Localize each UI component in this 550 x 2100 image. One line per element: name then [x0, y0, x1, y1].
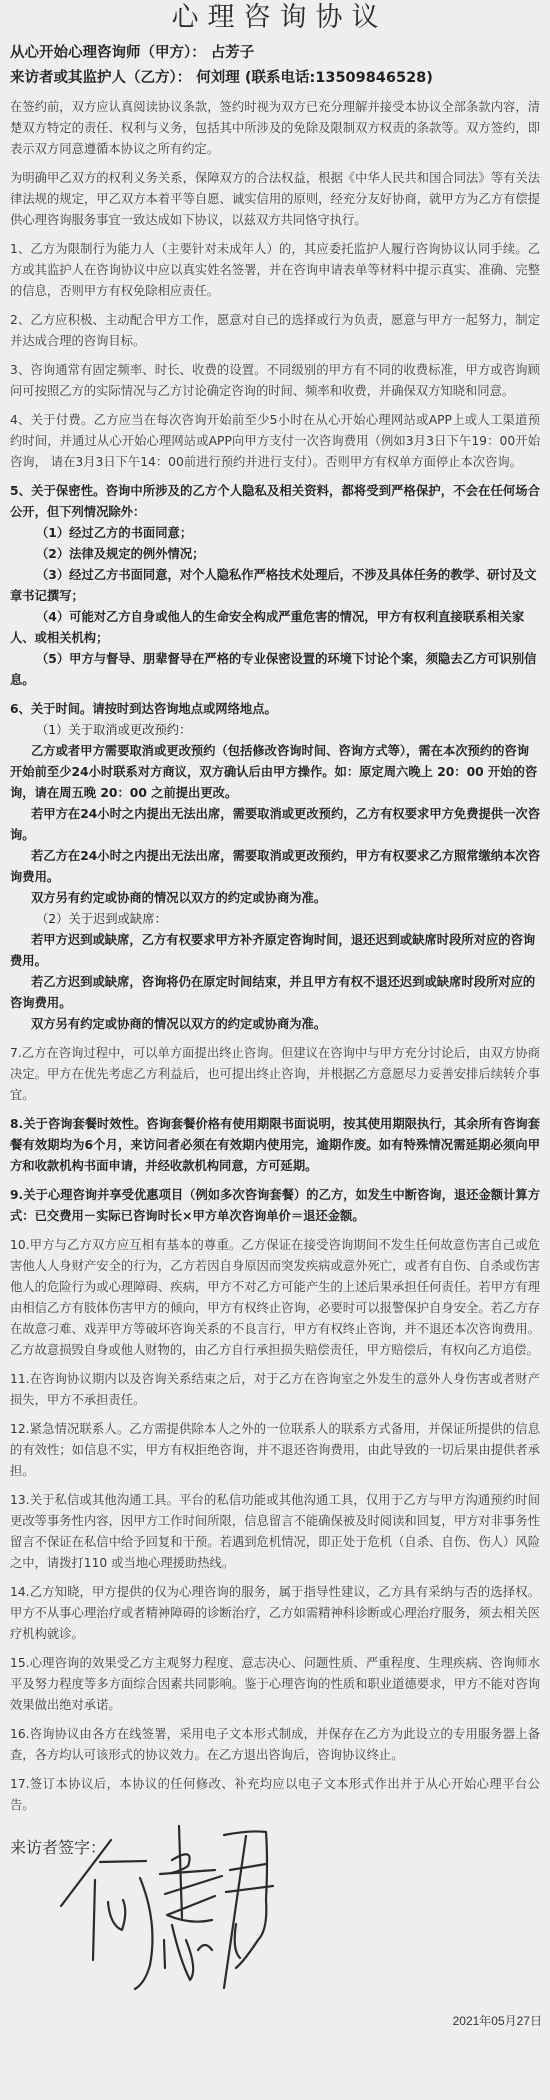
- clause-6-sub1-title: （1）关于取消或更改预约：: [10, 720, 540, 741]
- preamble-paragraph: 为明确甲乙双方的权利义务关系，保障双方的合法权益，根据《中华人民共和国合同法》等…: [10, 168, 540, 231]
- clause-6-sub1-para: 若甲方在24小时之内提出无法出席，需要取消或更改预约，乙方有权要求甲方免费提供一…: [10, 804, 540, 846]
- document-title: 心理咨询协议: [0, 0, 550, 39]
- party-b-line: 来访者或其监护人（乙方）： 何刘理 (联系电话:13509846528): [10, 66, 540, 91]
- signature-date: 2021年05月27日: [453, 2012, 542, 2029]
- clause-5-item: （1）经过乙方的书面同意；: [10, 523, 540, 544]
- preamble-paragraph: 在签约前，双方应认真阅读协议条款，签约时视为双方已充分理解并接受本协议全部条款内…: [10, 97, 540, 160]
- clause-5-intro: 5、关于保密性。咨询中所涉及的乙方个人隐私及相关资料，都将受到严格保护，不会在任…: [10, 481, 540, 523]
- clause-3: 3、咨询通常有固定频率、时长、收费的设置。不同级别的甲方有不同的收费标准，甲方或…: [10, 360, 540, 402]
- clause-6-sub1-para: 若乙方在24小时之内提出无法出席，需要取消或更改预约，甲方有权要求乙方照常缴纳本…: [10, 846, 540, 888]
- clause-1: 1、乙方为限制行为能力人（主要针对未成年人）的，其应委托监护人履行咨询协议认同手…: [10, 239, 540, 302]
- clause-6-sub2-para: 若甲方迟到或缺席，乙方有权要求甲方补齐原定咨询时间，退还迟到或缺席时段所对应的咨…: [10, 930, 540, 972]
- clause-6-sub2-para: 若乙方迟到或缺席，咨询将仍在原定时间结束，并且甲方有权不退还迟到或缺席时段所对应…: [10, 972, 540, 1014]
- clause-6: 6、关于时间。请按时到达咨询地点或网络地点。 （1）关于取消或更改预约： 乙方或…: [10, 699, 540, 1043]
- agreement-document: 心理咨询协议 从心开始心理咨询师（甲方）： 占芳子 来访者或其监护人（乙方）： …: [0, 0, 550, 1860]
- clause-8: 8.关于咨询套餐时效性。咨询套餐价格有使用期限书面说明，按其使用期限执行，其余所…: [10, 1114, 540, 1177]
- clause-6-sub1-para: 乙方或者甲方需要取消或更改预约（包括修改咨询时间、咨询方式等），需在本次预约的咨…: [10, 741, 540, 804]
- clause-9: 9.关于心理咨询并享受优惠项目（例如多次咨询套餐）的乙方，如发生中断咨询，退还金…: [10, 1185, 540, 1227]
- clause-13: 13.关于私信或其他沟通工具。平台的私信功能或其他沟通工具，仅用于乙方与甲方沟通…: [10, 1490, 540, 1574]
- clause-11: 11.在咨询协议期内以及咨询关系结束之后，对于乙方在咨询室之外发生的意外人身伤害…: [10, 1369, 540, 1411]
- clause-5-item: （5）甲方与督导、朋辈督导在严格的专业保密设置的环境下讨论个案，须隐去乙方可识别…: [10, 649, 540, 691]
- party-a-line: 从心开始心理咨询师（甲方）： 占芳子: [10, 41, 540, 66]
- clause-7: 7.乙方在咨询过程中，可以单方面提出终止咨询。但建议在咨询中与甲方充分讨论后，由…: [10, 1043, 540, 1106]
- clause-14: 14.乙方知晓，甲方提供的仅为心理咨询的服务，属于指导性建议，乙方具有采纳与否的…: [10, 1582, 540, 1645]
- clause-15: 15.心理咨询的效果受乙方主观努力程度、意志决心、问题性质、严重程度、生理疾病、…: [10, 1653, 540, 1716]
- clause-6-intro: 6、关于时间。请按时到达咨询地点或网络地点。: [10, 699, 540, 720]
- clause-5-item: （2）法律及规定的例外情况；: [10, 544, 540, 565]
- clause-5-item: （4）可能对乙方自身或他人的生命安全构成严重危害的情况，甲方有权利直接联系相关家…: [10, 607, 540, 649]
- clause-5: 5、关于保密性。咨询中所涉及的乙方个人隐私及相关资料，都将受到严格保护，不会在任…: [10, 481, 540, 699]
- clause-6-sub2-para: 双方另有约定或协商的情况以双方的约定或协商为准。: [10, 1014, 540, 1035]
- clause-5-item: （3）经过乙方书面同意，对个人隐私作严格技术处理后，不涉及具体任务的教学、研讨及…: [10, 565, 540, 607]
- clause-6-sub1-para: 双方另有约定或协商的情况以双方的约定或协商为准。: [10, 888, 540, 909]
- clause-16: 16.咨询协议由各方在线签署，采用电子文本形式制成，并保存在乙方为此设立的专用服…: [10, 1724, 540, 1766]
- clause-6-sub2-title: （2）关于迟到或缺席：: [10, 909, 540, 930]
- clause-2: 2、乙方应积极、主动配合甲方工作，愿意对自己的选择或行为负责，愿意与甲方一起努力…: [10, 310, 540, 352]
- clause-12: 12.紧急情况联系人。乙方需提供除本人之外的一位联系人的联系方式备用，并保证所提…: [10, 1419, 540, 1482]
- agreement-body: 在签约前，双方应认真阅读协议条款，签约时视为双方已充分理解并接受本协议全部条款内…: [0, 97, 550, 1816]
- handwritten-signature-image: [0, 1800, 550, 2010]
- clause-10: 10.甲方与乙方双方应互相有基本的尊重。乙方保证在接受咨询期间不发生任何故意伤害…: [10, 1235, 540, 1361]
- clause-4: 4、关于付费。乙方应当在每次咨询开始前至少5小时在从心开始心理网站或APP上或人…: [10, 410, 540, 473]
